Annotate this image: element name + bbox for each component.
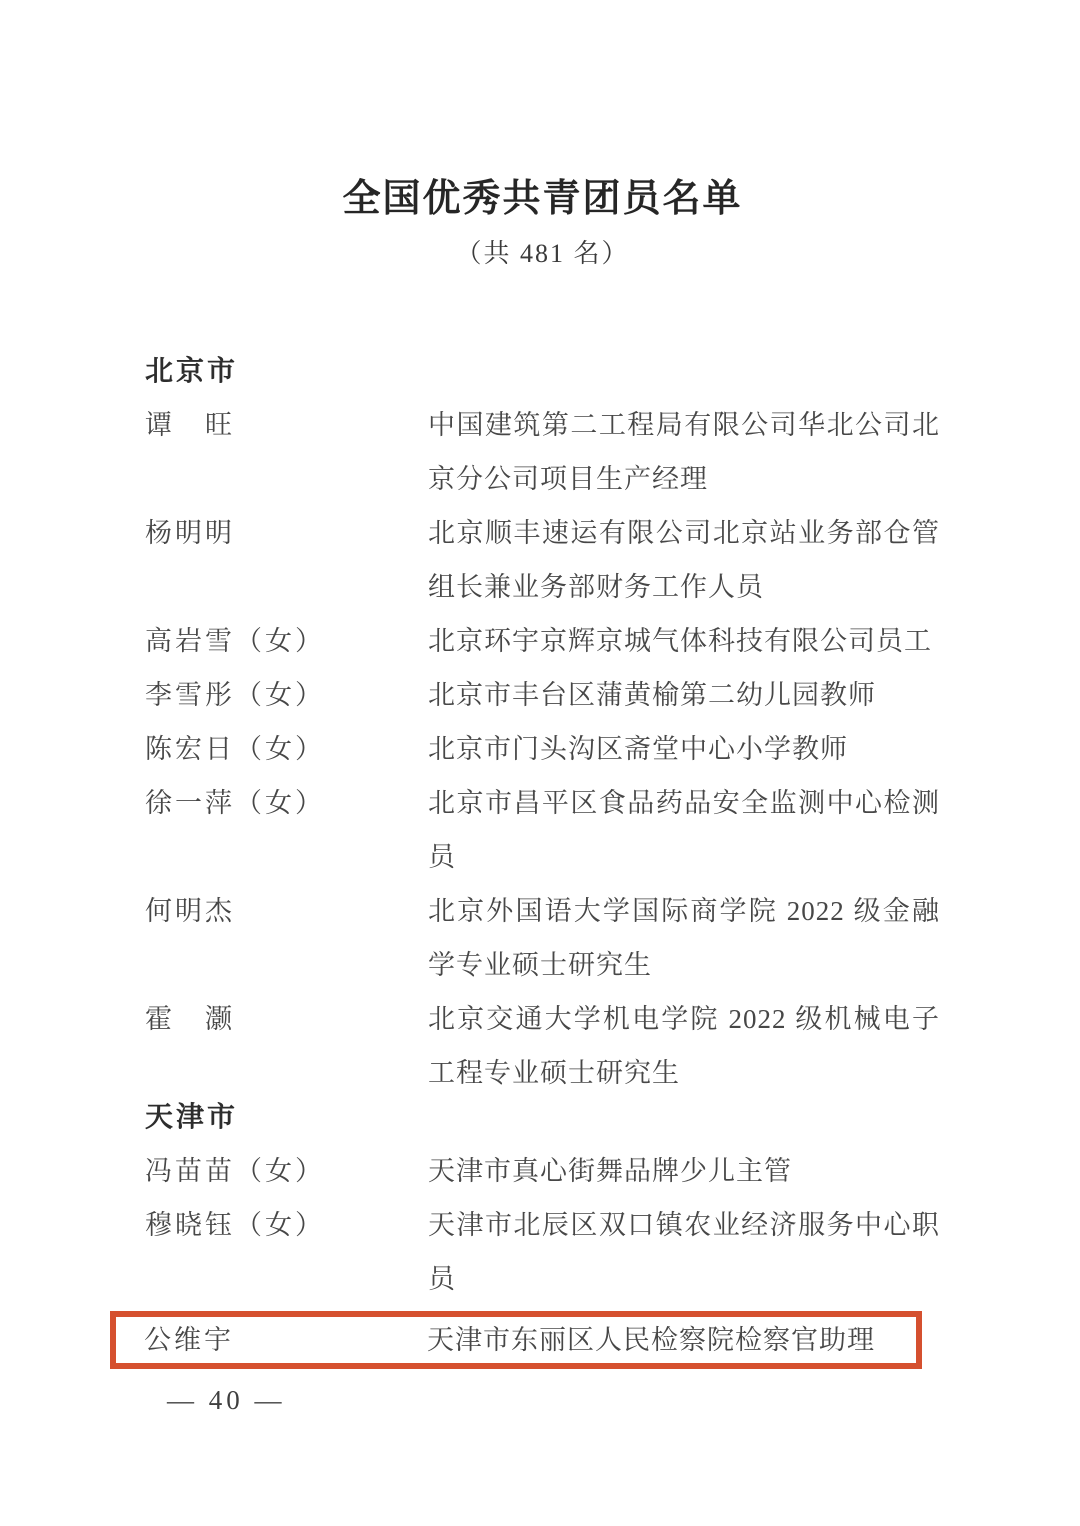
page-number: — 40 — — [167, 1385, 940, 1416]
member-name: 杨明明 — [145, 506, 428, 560]
member-row: 杨明明 北京顺丰速运有限公司北京站业务部仓管组长兼业务部财务工作人员 — [145, 506, 940, 614]
member-role: 北京顺丰速运有限公司北京站业务部仓管组长兼业务部财务工作人员 — [428, 506, 940, 614]
entries-list: 冯苗苗（女） 天津市真心街舞品牌少儿主管 穆晓钰（女） 天津市北辰区双口镇农业经… — [145, 1144, 940, 1369]
member-name: 高岩雪（女） — [145, 614, 428, 668]
member-name: 谭 旺 — [145, 398, 428, 452]
member-role: 北京市昌平区食品药品安全监测中心检测员 — [428, 776, 940, 884]
province-heading: 北京市 — [145, 344, 940, 398]
member-role: 天津市东丽区人民检察院检察官助理 — [427, 1317, 908, 1363]
document-page: 全国优秀共青团员名单 （共 481 名） 北京市 谭 旺 中国建筑第二工程局有限… — [145, 0, 940, 1416]
member-role: 天津市北辰区双口镇农业经济服务中心职员 — [428, 1198, 940, 1306]
member-row: 李雪彤（女） 北京市丰台区蒲黄榆第二幼儿园教师 — [145, 668, 940, 722]
member-name: 李雪彤（女） — [145, 668, 428, 722]
member-row: 冯苗苗（女） 天津市真心街舞品牌少儿主管 — [145, 1144, 940, 1198]
member-row: 谭 旺 中国建筑第二工程局有限公司华北公司北京分公司项目生产经理 — [145, 398, 940, 506]
member-row: 陈宏日（女） 北京市门头沟区斋堂中心小学教师 — [145, 722, 940, 776]
member-name: 陈宏日（女） — [145, 722, 428, 776]
member-name: 穆晓钰（女） — [145, 1198, 428, 1252]
member-name: 徐一萍（女） — [145, 776, 428, 830]
member-name: 何明杰 — [145, 884, 428, 938]
member-row: 霍 灏 北京交通大学机电学院 2022 级机械电子工程专业硕士研究生 — [145, 992, 940, 1100]
member-row-highlighted: 公维宇 天津市东丽区人民检察院检察官助理 — [110, 1311, 922, 1369]
member-role: 北京市门头沟区斋堂中心小学教师 — [428, 722, 940, 776]
member-name: 公维宇 — [144, 1317, 427, 1363]
member-role: 中国建筑第二工程局有限公司华北公司北京分公司项目生产经理 — [428, 398, 940, 506]
member-row: 何明杰 北京外国语大学国际商学院 2022 级金融学专业硕士研究生 — [145, 884, 940, 992]
page-title: 全国优秀共青团员名单 — [145, 172, 940, 226]
page-subtitle: （共 481 名） — [145, 234, 940, 274]
member-name: 冯苗苗（女） — [145, 1144, 428, 1198]
sections-list: 北京市 谭 旺 中国建筑第二工程局有限公司华北公司北京分公司项目生产经理 杨明明… — [145, 344, 940, 1369]
member-row: 徐一萍（女） 北京市昌平区食品药品安全监测中心检测员 — [145, 776, 940, 884]
province-section: 天津市 冯苗苗（女） 天津市真心街舞品牌少儿主管 穆晓钰（女） 天津市北辰区双口… — [145, 1090, 940, 1369]
member-name: 霍 灏 — [145, 992, 428, 1046]
member-role: 北京交通大学机电学院 2022 级机械电子工程专业硕士研究生 — [428, 992, 940, 1100]
member-role: 北京市丰台区蒲黄榆第二幼儿园教师 — [428, 668, 940, 722]
member-role: 北京环宇京辉京城气体科技有限公司员工 — [428, 614, 940, 668]
member-role: 北京外国语大学国际商学院 2022 级金融学专业硕士研究生 — [428, 884, 940, 992]
member-role: 天津市真心街舞品牌少儿主管 — [428, 1144, 940, 1198]
member-row: 高岩雪（女） 北京环宇京辉京城气体科技有限公司员工 — [145, 614, 940, 668]
member-row: 穆晓钰（女） 天津市北辰区双口镇农业经济服务中心职员 — [145, 1198, 940, 1306]
province-section: 北京市 谭 旺 中国建筑第二工程局有限公司华北公司北京分公司项目生产经理 杨明明… — [145, 344, 940, 1100]
entries-list: 谭 旺 中国建筑第二工程局有限公司华北公司北京分公司项目生产经理 杨明明 北京顺… — [145, 398, 940, 1100]
